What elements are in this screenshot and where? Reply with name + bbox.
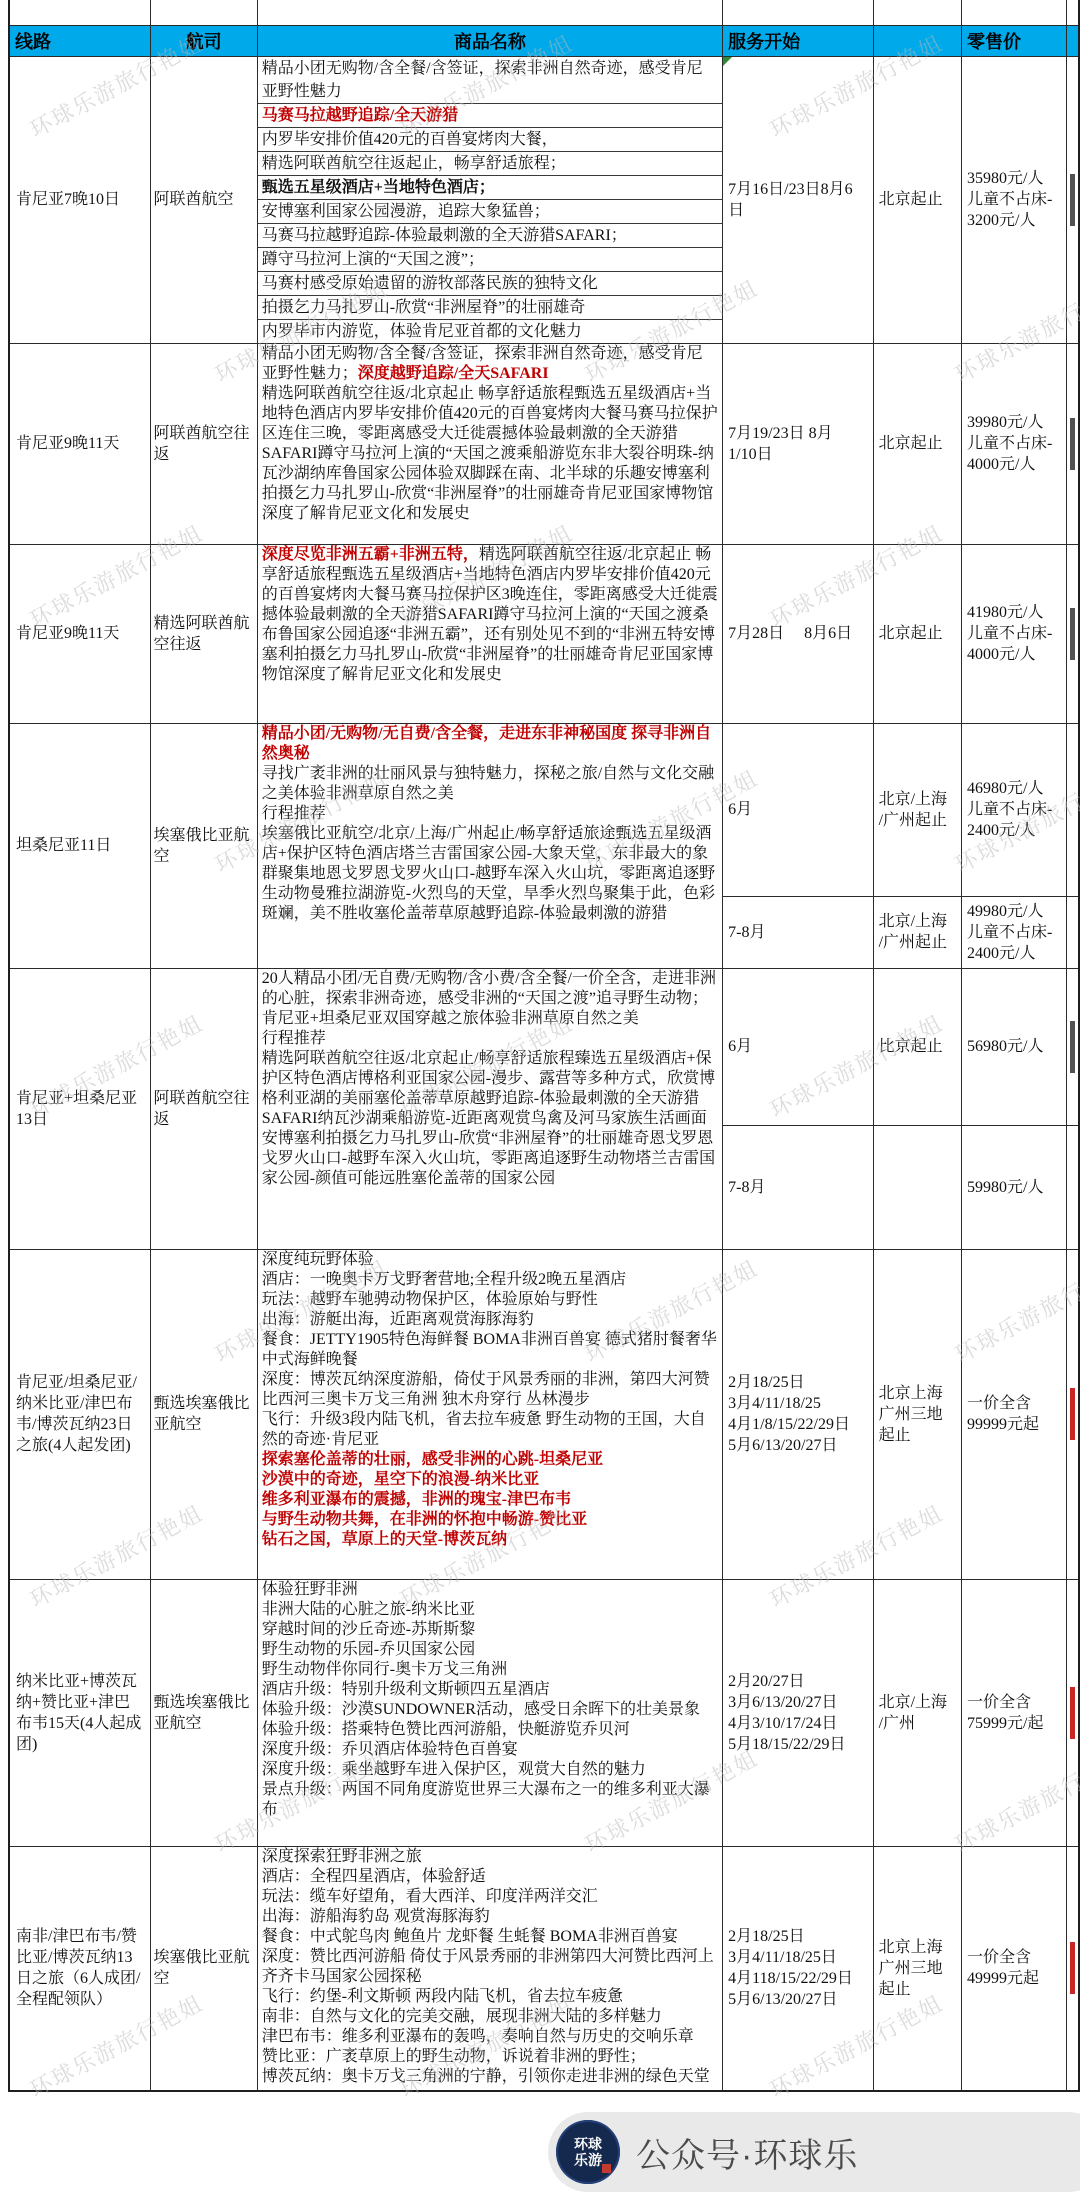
table-row: 肯尼亚/坦桑尼亚/纳米比亚/津巴布韦/博茨瓦纳23日之旅(4人起发团)甄选埃塞俄… — [9, 1249, 1079, 1579]
service-start-cell: 7月28日 8月6日 — [723, 544, 873, 723]
origin-cell: 北京上海广州三地起止 — [873, 1249, 961, 1579]
origin-cell: 北京起止 — [873, 544, 961, 723]
clipped-cell — [1067, 968, 1079, 1125]
price-cell: 56980元/人 — [962, 968, 1067, 1125]
clipped-cell — [1067, 1249, 1079, 1579]
origin-cell: 北京上海广州三地起止 — [873, 1846, 961, 2091]
product-cell: 体验狂野非洲非洲大陆的心脏之旅-纳米比亚穿越时间的沙丘奇迹-苏斯斯黎野生动物的乐… — [257, 1579, 722, 1846]
clipped-cell — [1067, 544, 1079, 723]
airline-cell: 甄选埃塞俄比亚航空 — [150, 1579, 257, 1846]
spacer-cell — [1067, 0, 1079, 25]
clipped-cell — [1067, 896, 1079, 968]
price-cell: 59980元/人 — [962, 1125, 1067, 1249]
route-cell: 肯尼亚9晚11天 — [9, 544, 150, 723]
table-row: 纳米比亚+博茨瓦纳+赞比亚+津巴布韦15天(4人起成团)甄选埃塞俄比亚航空体验狂… — [9, 1579, 1079, 1846]
clipped-next-column-fragment — [1070, 1388, 1075, 1440]
table-row: 肯尼亚7晚10日阿联酋航空精品小团无购物/含全餐/含签证，探索非洲自然奇迹，感受… — [9, 56, 1079, 343]
service-start-cell: 7-8月 — [723, 1125, 873, 1249]
clipped-next-column-fragment — [1070, 1687, 1075, 1739]
service-start-cell: 2月20/27日3月6/13/20/27日4月3/10/17/24日5月18/1… — [723, 1579, 873, 1846]
route-cell: 肯尼亚/坦桑尼亚/纳米比亚/津巴布韦/博茨瓦纳23日之旅(4人起发团) — [9, 1249, 150, 1579]
header-cell-2: 商品名称 — [257, 25, 722, 56]
table-row: 肯尼亚9晚11天阿联酋航空往返精品小团无购物/含全餐/含签证，探索非洲自然奇迹，… — [9, 343, 1079, 544]
badge-label: 公众号·环球乐 — [636, 2128, 858, 2177]
clipped-cell — [1067, 723, 1079, 896]
airline-cell: 甄选埃塞俄比亚航空 — [150, 1249, 257, 1579]
clipped-cell — [1067, 56, 1079, 343]
product-cell: 精品小团无购物/含全餐/含签证，探索非洲自然奇迹，感受肯尼亚野性魅力；深度越野追… — [257, 343, 722, 544]
clipped-next-column-fragment — [1070, 1942, 1075, 1994]
spacer-cell — [962, 0, 1067, 25]
price-cell: 41980元/人儿童不占床-4000元/人 — [962, 544, 1067, 723]
service-start-cell: 7月16日/23日8月6日 — [723, 56, 873, 343]
route-cell: 南非/津巴布韦/赞比亚/博茨瓦纳13日之旅（6人成团/全程配领队） — [9, 1846, 150, 2091]
spacer-cell — [9, 0, 150, 25]
header-cell-5: 零售价 — [962, 25, 1067, 56]
price-cell: 39980元/人儿童不占床-4000元/人 — [962, 343, 1067, 544]
service-start-cell: 7-8月 — [723, 896, 873, 968]
header-cell-3: 服务开始 — [723, 25, 873, 56]
route-cell: 坦桑尼亚11日 — [9, 723, 150, 968]
spacer-cell — [873, 0, 961, 25]
header-cell-0: 线路 — [9, 25, 150, 56]
airline-cell: 埃塞俄比亚航空 — [150, 723, 257, 968]
clipped-next-column-fragment — [1070, 1021, 1075, 1073]
price-cell: 一价全含49999元起 — [962, 1846, 1067, 2091]
price-cell: 46980元/人儿童不占床-2400元/人 — [962, 723, 1067, 896]
route-cell: 肯尼亚9晚11天 — [9, 343, 150, 544]
origin-cell: 北京/上海/广州起止 — [873, 896, 961, 968]
clipped-next-column-fragment — [1070, 418, 1075, 470]
service-start-cell: 6月 — [723, 723, 873, 896]
brand-logo-icon: 环球乐游 — [556, 2120, 620, 2184]
clipped-cell — [1067, 343, 1079, 544]
clipped-cell — [1067, 1846, 1079, 2091]
header-cell-6 — [1067, 25, 1079, 56]
service-start-cell: 7月19/23日 8月1/10日 — [723, 343, 873, 544]
route-cell: 纳米比亚+博茨瓦纳+赞比亚+津巴布韦15天(4人起成团) — [9, 1579, 150, 1846]
airline-cell: 阿联酋航空往返 — [150, 968, 257, 1249]
price-cell: 一价全含75999元/起 — [962, 1579, 1067, 1846]
product-cell: 深度尽览非洲五霸+非洲五特，精选阿联酋航空往返/北京起止 畅享舒适旅程甄选五星级… — [257, 544, 722, 723]
header-cell-1: 航司 — [150, 25, 257, 56]
origin-cell: 北京起止 — [873, 56, 961, 343]
spacer-cell — [723, 0, 873, 25]
clipped-cell — [1067, 1579, 1079, 1846]
route-cell: 肯尼亚7晚10日 — [9, 56, 150, 343]
airline-cell: 精选阿联酋航空往返 — [150, 544, 257, 723]
airline-cell: 阿联酋航空往返 — [150, 343, 257, 544]
origin-cell: 北京/上海/广州 — [873, 1579, 961, 1846]
wechat-badge[interactable]: 环球乐游 公众号·环球乐 — [548, 2112, 1080, 2192]
spacer-row — [9, 0, 1079, 25]
product-cell: 深度探索狂野非洲之旅酒店：全程四星酒店，体验舒适玩法：缆车好望角，看大西洋、印度… — [257, 1846, 722, 2091]
table-row: 肯尼亚9晚11天精选阿联酋航空往返深度尽览非洲五霸+非洲五特，精选阿联酋航空往返… — [9, 544, 1079, 723]
table-row: 南非/津巴布韦/赞比亚/博茨瓦纳13日之旅（6人成团/全程配领队）埃塞俄比亚航空… — [9, 1846, 1079, 2091]
airline-cell: 埃塞俄比亚航空 — [150, 1846, 257, 2091]
price-cell: 49980元/人儿童不占床-2400元/人 — [962, 896, 1067, 968]
service-start-cell: 6月 — [723, 968, 873, 1125]
tour-table: 线路航司商品名称服务开始零售价肯尼亚7晚10日阿联酋航空精品小团无购物/含全餐/… — [8, 0, 1080, 2092]
origin-cell — [873, 1125, 961, 1249]
service-start-cell: 2月18/25日3月4/11/18/254月1/8/15/22/29日5月6/1… — [723, 1249, 873, 1579]
product-cell: 精品小团无购物/含全餐/含签证，探索非洲自然奇迹，感受肯尼亚野性魅力马赛马拉越野… — [257, 56, 722, 343]
header-row: 线路航司商品名称服务开始零售价 — [9, 25, 1079, 56]
spacer-cell — [257, 0, 722, 25]
route-cell: 肯尼亚+坦桑尼亚13日 — [9, 968, 150, 1249]
product-cell: 深度纯玩野体验酒店：一晚奥卡万戈野奢营地;全程升级2晚五星酒店玩法：越野车驰骋动… — [257, 1249, 722, 1579]
clipped-next-column-fragment — [1070, 608, 1075, 660]
product-cell: 20人精品小团/无自费/无购物/含小费/含全餐/一价全含，走进非洲的心脏，探索非… — [257, 968, 722, 1249]
table-row: 肯尼亚+坦桑尼亚13日阿联酋航空往返20人精品小团/无自费/无购物/含小费/含全… — [9, 968, 1079, 1125]
price-cell: 35980元/人儿童不占床-3200元/人 — [962, 56, 1067, 343]
airline-cell: 阿联酋航空 — [150, 56, 257, 343]
product-cell: 精品小团/无购物/无自费/含全餐，走进东非神秘国度 探寻非洲自然奥秘寻找广袤非洲… — [257, 723, 722, 968]
price-cell: 一价全含99999元起 — [962, 1249, 1067, 1579]
spacer-cell — [150, 0, 257, 25]
origin-cell: 北京起止 — [873, 343, 961, 544]
clipped-cell — [1067, 1125, 1079, 1249]
clipped-next-column-fragment — [1070, 174, 1075, 226]
service-start-cell: 2月18/25日3月4/11/18/25日4月118/15/22/29日5月6/… — [723, 1846, 873, 2091]
header-cell-4 — [873, 25, 961, 56]
brand-logo-text: 环球乐游 — [572, 2136, 604, 2168]
excel-error-marker-icon — [723, 57, 732, 66]
table-row: 坦桑尼亚11日埃塞俄比亚航空精品小团/无购物/无自费/含全餐，走进东非神秘国度 … — [9, 723, 1079, 896]
origin-cell: 北京/上海/广州起止 — [873, 723, 961, 896]
origin-cell: 比京起止 — [873, 968, 961, 1125]
